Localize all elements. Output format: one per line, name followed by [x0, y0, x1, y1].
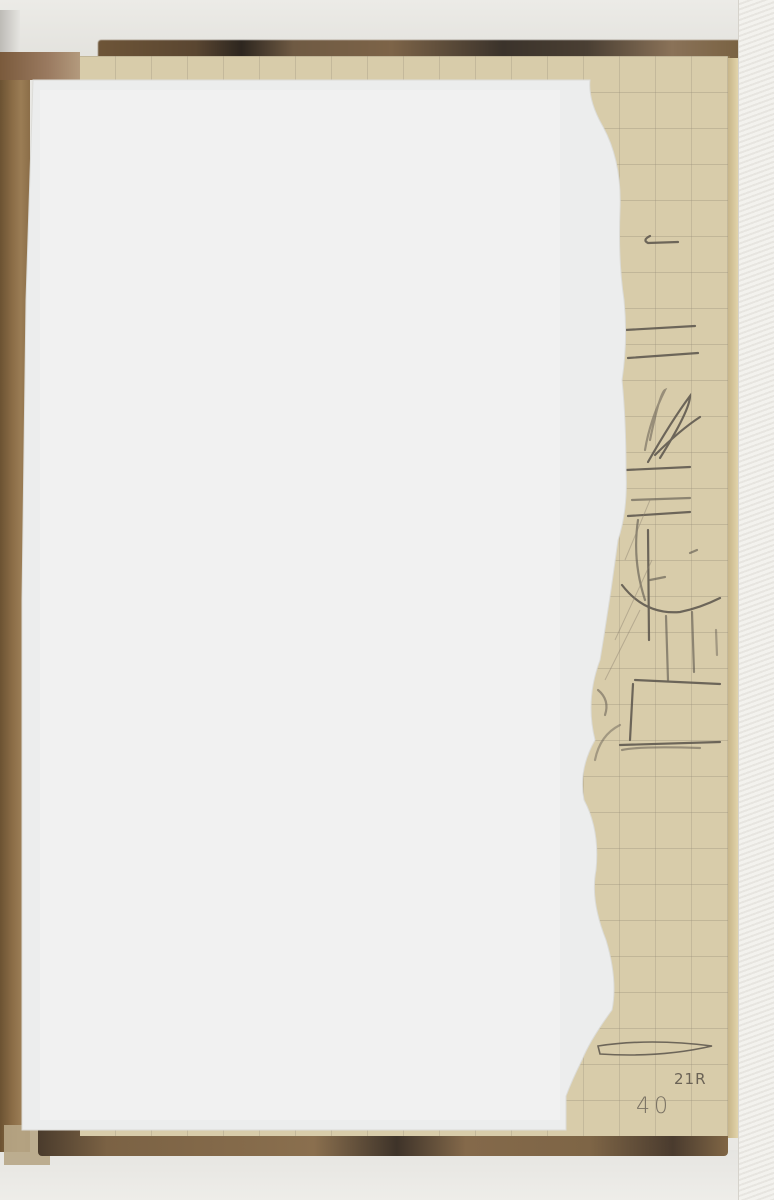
cover-board-corner — [0, 52, 80, 80]
background-bottom — [0, 1150, 774, 1200]
grid-paper-page — [80, 56, 730, 1136]
folio-annotation: 21R — [674, 1070, 707, 1088]
page-edge — [728, 58, 738, 1138]
tissue-interleaf — [738, 0, 774, 1200]
page-number-annotation: 40 — [636, 1094, 672, 1119]
cover-board-left-edge — [0, 52, 30, 1152]
